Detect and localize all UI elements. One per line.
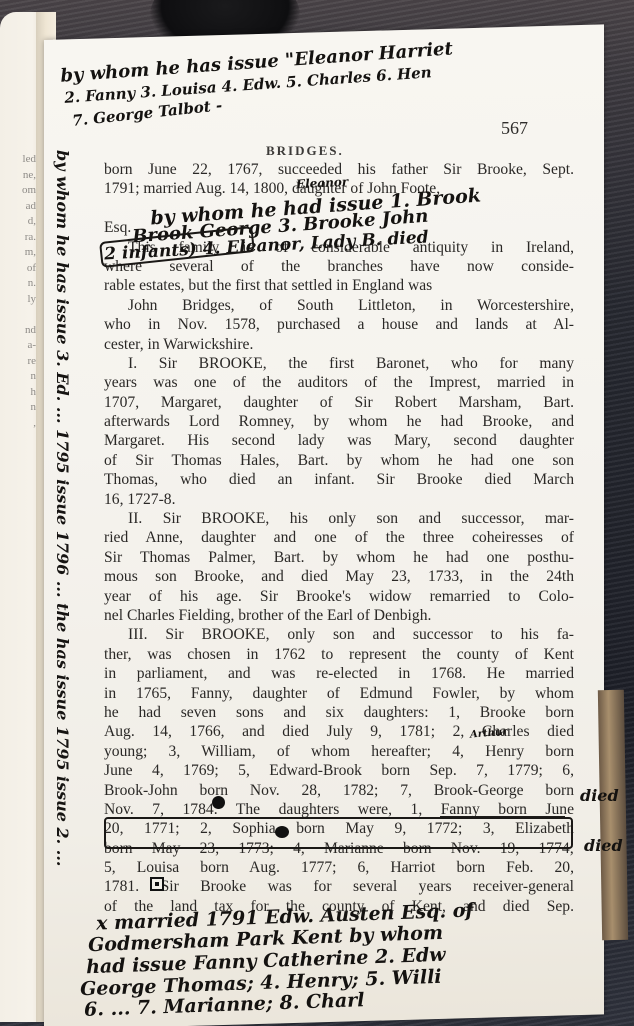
printed-line: year of his age. Sir Brooke's widow rema… — [104, 587, 574, 606]
ink-blot — [212, 796, 225, 809]
printed-line: June 4, 1769; 5, Edward-Brook born Sep. … — [104, 761, 574, 780]
printed-line: nel Charles Fielding, brother of the Ear… — [104, 606, 574, 625]
page-content: 567 BRIDGES. by whom he has issue "Elean… — [0, 0, 634, 1026]
printed-line: mous son Brooke, and died May 23, 1733, … — [104, 567, 574, 586]
printed-line: ried Anne, daughter and one of the three… — [104, 528, 574, 547]
printed-line: Brook-John born Nov. 28, 1782; 7, Brook-… — [104, 781, 574, 800]
running-head: BRIDGES. — [266, 143, 344, 159]
ink-blot — [275, 826, 289, 838]
printed-line: Margaret. His second lady was Mary, seco… — [104, 431, 574, 450]
printed-line: in 1765, Fanny, daughter of Edmund Fowle… — [104, 684, 574, 703]
printed-line: Sir Thomas Palmer, Bart. by whom he had … — [104, 548, 574, 567]
printed-line: rable estates, but the first that settle… — [104, 276, 574, 295]
printed-line: ther, was chosen in 1762 to represent th… — [104, 645, 574, 664]
printed-line: in parliament, and was re-elected in 176… — [104, 664, 574, 683]
printed-line: years was one of the auditors of the Imp… — [104, 373, 574, 392]
printed-line: 5, Louisa born Aug. 1777; 6, Harriot bor… — [104, 858, 574, 877]
handwriting-right-margin-2: died — [584, 836, 623, 855]
ink-square-mark — [150, 877, 164, 891]
handwriting-eleanor-insert: Eleanor — [296, 175, 349, 192]
printed-line: 1781. Sir Brooke was for several years r… — [104, 877, 574, 896]
printed-line: of Sir Thomas Hales, Bart. by whom he ha… — [104, 451, 574, 470]
printed-line: who in Nov. 1578, purchased a house and … — [104, 315, 574, 334]
printed-line: Thomas, who died an infant. Sir Brooke d… — [104, 470, 574, 489]
handwriting-left-margin-vertical: by whom he has issue 3. Ed. ... 1795 iss… — [53, 150, 72, 867]
printed-line: 1707, Margaret, daughter of Sir Robert M… — [104, 393, 574, 412]
page-number: 567 — [501, 118, 528, 139]
printed-line: I. Sir BROOKE, the first Baronet, who fo… — [104, 354, 574, 373]
printed-body: born June 22, 1767, succeeded his father… — [104, 160, 574, 916]
printed-line: III. Sir BROOKE, only son and successor … — [104, 625, 574, 644]
printed-line: cester, in Warwickshire. — [104, 335, 574, 354]
handwriting-right-margin-1: died — [580, 786, 619, 805]
printed-line: II. Sir BROOKE, his only son and success… — [104, 509, 574, 528]
printed-line: young; 3, William, of whom hereafter; 4,… — [104, 742, 574, 761]
printed-line: he had seven sons and six daughters: 1, … — [104, 703, 574, 722]
printed-line: 16, 1727-8. — [104, 490, 574, 509]
ink-box-elizabeth — [104, 817, 573, 849]
printed-line: John Bridges, of South Littleton, in Wor… — [104, 296, 574, 315]
printed-line: afterwards Lord Romney, by whom he had B… — [104, 412, 574, 431]
